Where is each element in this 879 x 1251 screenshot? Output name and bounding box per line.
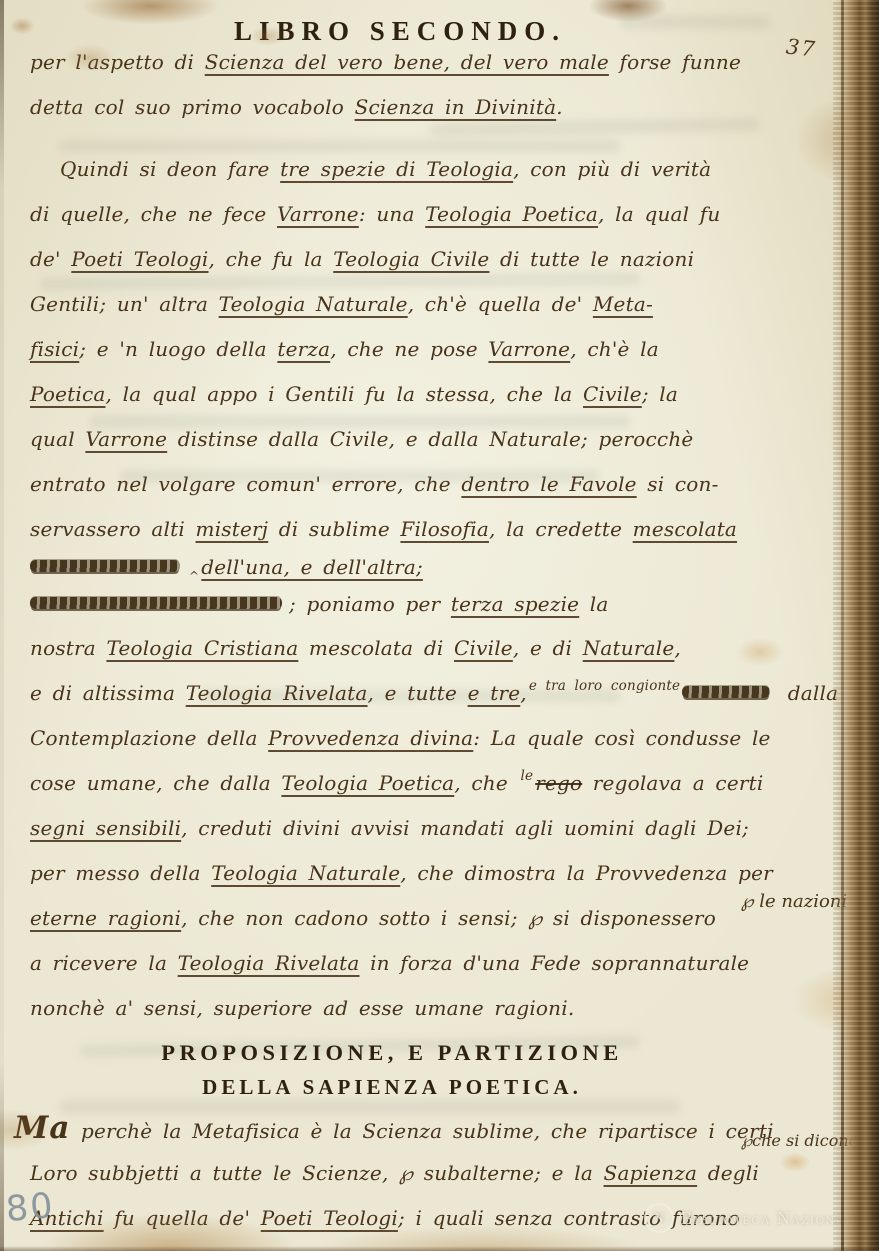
underlined-phrase: Varrone	[85, 427, 167, 451]
underlined-phrase: Scienza in Divinità	[355, 95, 557, 119]
text-run: cose umane, che dalla	[30, 771, 281, 795]
text-run: servassero alti	[30, 517, 196, 541]
interlinear-insertion: le	[520, 770, 533, 784]
underlined-phrase: Naturale	[583, 636, 675, 660]
underlined-phrase: mescolata	[633, 517, 737, 541]
manuscript-line: di quelle, che ne fece Varrone: una Teol…	[30, 192, 754, 237]
text-run: qual	[30, 427, 85, 451]
underlined-phrase: Teologia Naturale	[211, 861, 400, 885]
text-run: , che ne pose	[330, 337, 488, 361]
text-run: di tutte le nazioni	[489, 247, 694, 271]
underlined-phrase: dell'una, e dell'altra;	[201, 555, 423, 579]
underlined-phrase: Meta-	[593, 292, 653, 316]
manuscript-line: Quindi si deon fare tre spezie di Teolog…	[30, 147, 754, 192]
text-run: a ricevere la	[30, 951, 178, 975]
text-run: mescolata di	[298, 636, 454, 660]
manuscript-lines: per l'aspetto di Scienza del vero bene, …	[30, 40, 754, 1031]
text-run: e di altissima	[30, 681, 186, 705]
library-watermark: N Biblioteca Nazionale di Napoli	[644, 1203, 879, 1233]
underlined-phrase: terza spezie	[451, 592, 579, 616]
text-run: ; e 'n luogo della	[79, 337, 277, 361]
text-run: entrato nel volgare comun' errore, che	[30, 472, 461, 496]
manuscript-line: ; poniamo per terza spezie la	[30, 589, 754, 626]
pencil-foliation-number: 80	[4, 1186, 56, 1230]
text-run: , creduti divini avvisi mandati agli uom…	[181, 816, 749, 840]
section-heading-line2: DELLA SAPIENZA POETICA.	[30, 1071, 754, 1104]
section-heading-line1: PROPOSIZIONE, E PARTIZIONE	[30, 1035, 754, 1071]
book-binding-edge	[833, 0, 879, 1251]
manuscript-line: segni sensibili, creduti divini avvisi m…	[30, 806, 754, 851]
underlined-phrase: Teologia Cristiana	[106, 636, 298, 660]
manuscript-line: entrato nel volgare comun' errore, che d…	[30, 462, 754, 507]
text-run: Contemplazione della	[30, 726, 268, 750]
page-left-edge	[0, 0, 4, 1251]
manuscript-line: per l'aspetto di Scienza del vero bene, …	[30, 40, 754, 85]
text-run: nonchè a' sensi, superiore ad esse umane…	[30, 996, 574, 1020]
underlined-phrase: dentro le Favole	[461, 472, 636, 496]
text-run: forse funne	[609, 50, 741, 74]
underlined-phrase: tre spezie di Teologia	[280, 157, 513, 181]
text-run: di quelle, che ne fece	[30, 202, 277, 226]
text-run: , la qual appo i Gentili fu la stessa, c…	[105, 382, 583, 406]
text-run: la	[579, 592, 608, 616]
text-run: perchè la Metafisica è la Scienza sublim…	[70, 1119, 773, 1143]
underlined-phrase: Teologia Rivelata	[186, 681, 368, 705]
manuscript-line: servassero alti misterj di sublime Filos…	[30, 507, 754, 552]
manuscript-line: ^dell'una, e dell'altra;	[30, 552, 754, 589]
crossed-out-scribble	[682, 686, 770, 698]
manuscript-line: Contemplazione della Provvedenza divina:…	[30, 716, 754, 761]
underlined-phrase: e tre	[468, 681, 521, 705]
underlined-phrase: Teologia Poetica	[281, 771, 454, 795]
manuscript-line: cose umane, che dalla Teologia Poetica, …	[30, 761, 754, 806]
text-run: Loro subbjetti a tutte le Scienze, ℘ sub…	[30, 1161, 604, 1185]
text-run: , che	[454, 771, 518, 795]
text-run: , la credette	[489, 517, 633, 541]
text-run: detta col suo primo vocabolo	[30, 95, 355, 119]
underlined-phrase: Provvedenza divina	[268, 726, 473, 750]
text-run: Quindi si deon fare	[60, 157, 280, 181]
text-run: nostra	[30, 636, 106, 660]
text-run: , che dimostra la Provvedenza per	[400, 861, 773, 885]
text-run: per l'aspetto di	[30, 50, 205, 74]
underlined-phrase: Teologia Naturale	[219, 292, 408, 316]
text-run: , la qual fu	[598, 202, 720, 226]
underlined-phrase: Scienza del vero bene, del vero male	[205, 50, 609, 74]
underlined-phrase: Sapienza	[604, 1161, 698, 1185]
text-run: in forza d'una Fede soprannaturale	[360, 951, 750, 975]
margin-note-nazioni: ℘ le nazioni	[741, 891, 847, 912]
text-run: ,	[520, 681, 527, 705]
manuscript-line: qual Varrone distinse dalla Civile, e da…	[30, 417, 754, 462]
manuscript-line: Gentili; un' altra Teologia Naturale, ch…	[30, 282, 754, 327]
text-run: Gentili; un' altra	[30, 292, 219, 316]
text-run: distinse dalla Civile, e dalla Naturale;…	[167, 427, 693, 451]
margin-note-dicono: ℘che si dicono	[741, 1131, 858, 1150]
underlined-phrase: Teologia Rivelata	[178, 951, 360, 975]
underlined-phrase: Teologia Civile	[333, 247, 489, 271]
manuscript-line: e di altissima Teologia Rivelata, e tutt…	[30, 671, 754, 716]
text-run: ; la	[642, 382, 678, 406]
underlined-phrase: Varrone	[488, 337, 570, 361]
text-run: : una	[359, 202, 425, 226]
crossed-out-scribble	[30, 560, 180, 572]
struck-word: rego	[535, 771, 582, 795]
paragraph-initial: Ma	[14, 1110, 70, 1146]
text-run: , e di	[513, 636, 583, 660]
folio-number: 37	[785, 34, 818, 61]
manuscript-line: de' Poeti Teologi, che fu la Teologia Ci…	[30, 237, 754, 282]
underlined-phrase: eterne ragioni	[30, 906, 181, 930]
text-run: , con più di verità	[513, 157, 711, 181]
underlined-phrase: terza	[277, 337, 330, 361]
text-run: regolava a certi	[582, 771, 763, 795]
manuscript-body: per l'aspetto di Scienza del vero bene, …	[30, 40, 754, 1241]
manuscript-line: eterne ragioni, che non cadono sotto i s…	[30, 896, 754, 941]
text-run: , che fu la	[209, 247, 334, 271]
text-run: fu quella de'	[104, 1206, 261, 1230]
underlined-phrase: fisici	[30, 337, 79, 361]
text-run: di sublime	[268, 517, 400, 541]
underlined-phrase: Varrone	[277, 202, 359, 226]
manuscript-page: LIBRO SECONDO. 37 per l'aspetto di Scien…	[0, 0, 879, 1251]
text-run: , ch'è la	[570, 337, 659, 361]
underlined-phrase: Filosofia	[400, 517, 489, 541]
text-run: de'	[30, 247, 71, 271]
manuscript-line: fisici; e 'n luogo della terza, che ne p…	[30, 327, 754, 372]
underlined-phrase: misterj	[196, 517, 269, 541]
manuscript-line: Loro subbjetti a tutte le Scienze, ℘ sub…	[30, 1151, 754, 1196]
underlined-phrase: Civile	[454, 636, 513, 660]
manuscript-line: Poetica, la qual appo i Gentili fu la st…	[30, 372, 754, 417]
text-run: , che non cadono sotto i sensi; ℘ si dis…	[181, 906, 716, 930]
crossed-out-scribble	[30, 597, 282, 609]
text-run: per messo della	[30, 861, 211, 885]
underlined-phrase: Poetica	[30, 382, 105, 406]
text-run: degli	[697, 1161, 759, 1185]
underlined-phrase: Poeti Teologi	[261, 1206, 398, 1230]
library-watermark-text: Biblioteca Nazionale di Napoli	[681, 1208, 879, 1229]
underlined-phrase: Poeti Teologi	[71, 247, 208, 271]
manuscript-line: nostra Teologia Cristiana mescolata di C…	[30, 626, 754, 671]
manuscript-line: per messo della Teologia Naturale, che d…	[30, 851, 754, 896]
manuscript-line: nonchè a' sensi, superiore ad esse umane…	[30, 986, 754, 1031]
text-run: , ch'è quella de'	[408, 292, 593, 316]
text-run: ; poniamo per	[289, 592, 451, 616]
manuscript-line: Ma perchè la Metafisica è la Scienza sub…	[14, 1106, 754, 1151]
manuscript-line: detta col suo primo vocabolo Scienza in …	[30, 85, 754, 130]
underlined-phrase: Teologia Poetica	[425, 202, 598, 226]
text-run: dalla	[777, 681, 838, 705]
text-run: , e tutte	[368, 681, 468, 705]
text-run: .	[556, 95, 563, 119]
page-bottom-edge	[0, 1246, 879, 1251]
text-run: ,	[674, 636, 681, 660]
text-run: si con-	[637, 472, 719, 496]
underlined-phrase: segni sensibili	[30, 816, 181, 840]
text-run: : La quale così condusse le	[473, 726, 770, 750]
section-heading: PROPOSIZIONE, E PARTIZIONE DELLA SAPIENZ…	[30, 1035, 754, 1104]
caret-mark: ^	[189, 561, 199, 591]
underlined-phrase: Civile	[583, 382, 642, 406]
manuscript-line: a ricevere la Teologia Rivelata in forza…	[30, 941, 754, 986]
interlinear-insertion: e tra loro congionte	[529, 680, 680, 694]
library-logo-icon: N	[644, 1203, 674, 1233]
